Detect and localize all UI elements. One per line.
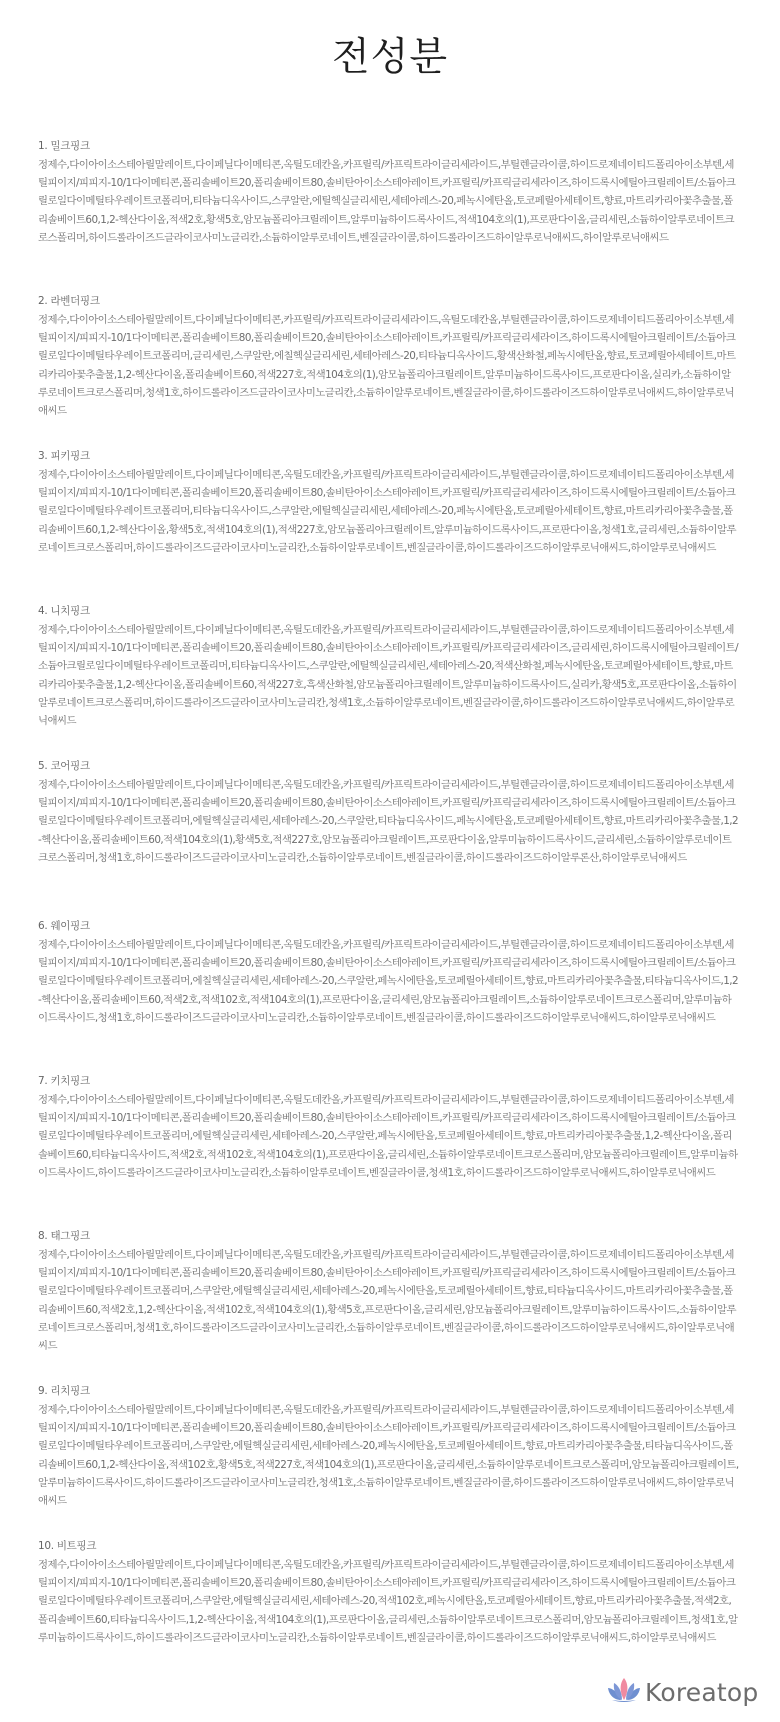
section-title: 9. 리치핑크	[38, 1384, 740, 1398]
ingredient-section: 8. 태그핑크 정제수,다이아이소스테아릴말레이트,다이페닐다이메티콘,옥틸도데…	[38, 1229, 740, 1384]
section-ingredients: 정제수,다이아이소스테아릴말레이트,다이페닐다이메티콘,옥틸도데칸올,카프릴릭/…	[38, 1401, 740, 1510]
ingredient-sections: 1. 밀크핑크 정제수,다이아이소스테아릴말레이트,다이페닐다이메티콘,옥틸도데…	[38, 139, 740, 1679]
ingredient-section: 7. 키치핑크 정제수,다이아이소스테아릴말레이트,다이페닐다이메티콘,옥틸도데…	[38, 1074, 740, 1229]
section-title: 7. 키치핑크	[38, 1074, 740, 1088]
section-ingredients: 정제수,다이아이소스테아릴말레이트,다이페닐다이메티콘,옥틸도데칸올,카프릴릭/…	[38, 936, 740, 1027]
section-title: 5. 코어핑크	[38, 759, 740, 773]
ingredient-section: 5. 코어핑크 정제수,다이아이소스테아릴말레이트,다이페닐다이메티콘,옥틸도데…	[38, 759, 740, 919]
ingredient-section: 9. 리치핑크 정제수,다이아이소스테아릴말레이트,다이페닐다이메티콘,옥틸도데…	[38, 1384, 740, 1539]
ingredient-section: 3. 피키핑크 정제수,다이아이소스테아릴말레이트,다이페닐다이메티콘,옥틸도데…	[38, 449, 740, 604]
section-ingredients: 정제수,다이아이소스테아릴말레이트,다이페닐다이메티콘,옥틸도데칸올,카프릴릭/…	[38, 1091, 740, 1182]
section-title: 2. 라벤더핑크	[38, 294, 740, 308]
ingredient-section: 1. 밀크핑크 정제수,다이아이소스테아릴말레이트,다이페닐다이메티콘,옥틸도데…	[38, 139, 740, 294]
ingredient-section: 4. 니치핑크 정제수,다이아이소스테아릴말레이트,다이페닐다이메티콘,옥틸도데…	[38, 604, 740, 759]
section-title: 10. 비트핑크	[38, 1539, 740, 1553]
section-ingredients: 정제수,다이아이소스테아릴말레이트,다이페닐다이메티콘,옥틸도데칸올,카프릴릭/…	[38, 156, 740, 247]
section-ingredients: 정제수,다이아이소스테아릴말레이트,다이페닐다이메티콘,카프릴릭/카프릭트라이글…	[38, 311, 740, 420]
section-ingredients: 정제수,다이아이소스테아릴말레이트,다이페닐다이메티콘,옥틸도데칸올,카프릴릭/…	[38, 621, 740, 730]
ingredient-section: 6. 웨이핑크 정제수,다이아이소스테아릴말레이트,다이페닐다이메티콘,옥틸도데…	[38, 919, 740, 1074]
section-title: 3. 피키핑크	[38, 449, 740, 463]
section-title: 8. 태그핑크	[38, 1229, 740, 1243]
section-title: 6. 웨이핑크	[38, 919, 740, 933]
page-title: 전성분	[0, 26, 780, 82]
ingredient-section: 2. 라벤더핑크 정제수,다이아이소스테아릴말레이트,다이페닐다이메티콘,카프릴…	[38, 294, 740, 449]
section-ingredients: 정제수,다이아이소스테아릴말레이트,다이페닐다이메티콘,옥틸도데칸올,카프릴릭/…	[38, 1246, 740, 1355]
brand-logo: Koreatop	[606, 1676, 758, 1708]
section-ingredients: 정제수,다이아이소스테아릴말레이트,다이페닐다이메티콘,옥틸도데칸올,카프릴릭/…	[38, 1556, 740, 1647]
section-ingredients: 정제수,다이아이소스테아릴말레이트,다이페닐다이메티콘,옥틸도데칸올,카프릴릭/…	[38, 466, 740, 557]
lotus-icon	[606, 1676, 642, 1708]
ingredient-section: 10. 비트핑크 정제수,다이아이소스테아릴말레이트,다이페닐다이메티콘,옥틸도…	[38, 1539, 740, 1679]
section-title: 4. 니치핑크	[38, 604, 740, 618]
brand-name: Koreatop	[645, 1678, 758, 1707]
section-ingredients: 정제수,다이아이소스테아릴말레이트,다이페닐다이메티콘,옥틸도데칸올,카프릴릭/…	[38, 776, 740, 867]
section-title: 1. 밀크핑크	[38, 139, 740, 153]
